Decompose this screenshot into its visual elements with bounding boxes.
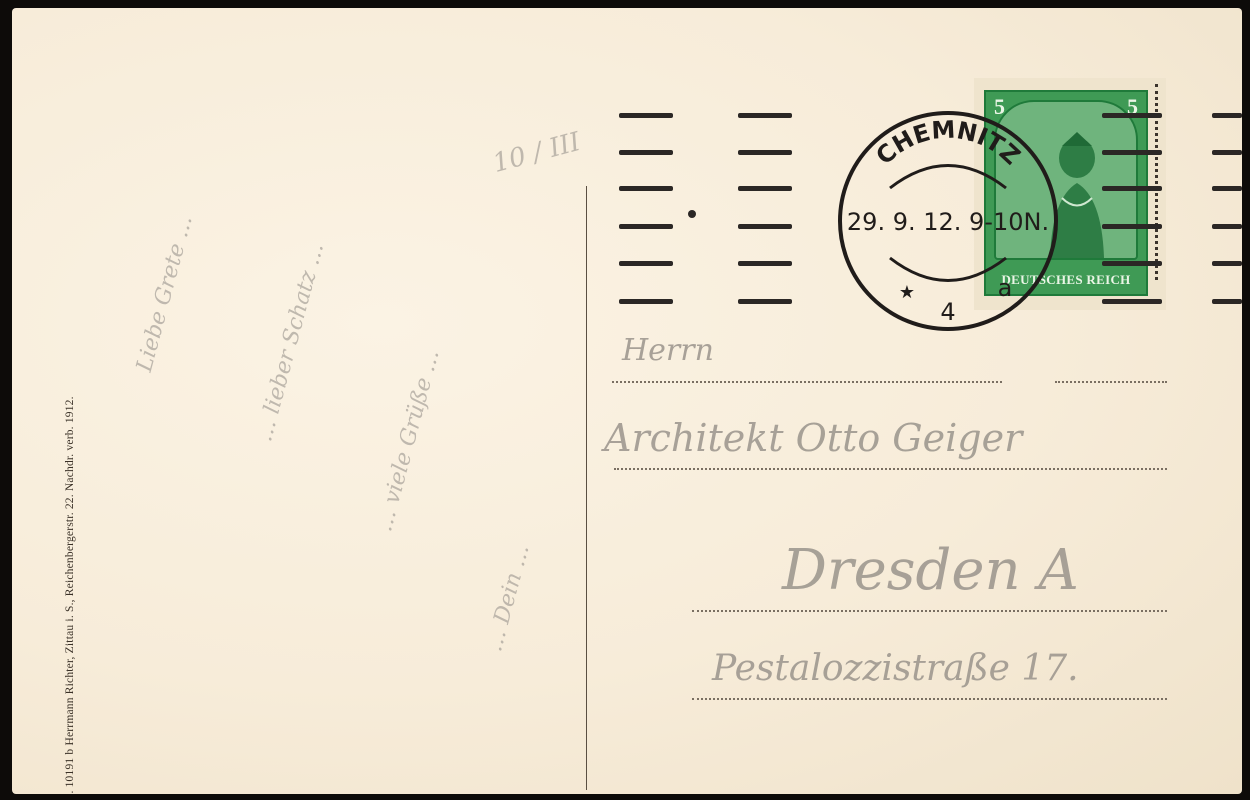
address-line-2 — [614, 468, 1167, 470]
message-line: Liebe Grete … — [132, 213, 198, 375]
address-street: Pestalozzistraße 17. — [712, 648, 1079, 689]
address-name: Architekt Otto Geiger — [604, 416, 1022, 460]
center-divider — [586, 186, 587, 790]
date-note: 10 / III — [490, 127, 584, 179]
postmark: CHEMNITZ 29. 9. 12. 9-10N. ★ 4 a — [835, 108, 1061, 334]
postmark-city: CHEMNITZ — [870, 116, 1025, 171]
address-line-4 — [692, 698, 1167, 700]
address-city: Dresden A — [782, 538, 1079, 603]
message-line: … viele Grüße … — [372, 347, 445, 535]
publisher-imprint: No. 10191 b Herrmann Richter, Zittau i. … — [64, 88, 76, 794]
postmark-letter: a — [998, 274, 1013, 302]
message-line: … Dein … — [482, 542, 535, 655]
address-line-1b — [1055, 381, 1167, 383]
address-line-3 — [692, 610, 1167, 612]
address-line-1 — [612, 381, 1002, 383]
postmark-office-number: 4 — [940, 298, 955, 326]
postmark-date: 29. 9. 12. 9-10N. — [847, 208, 1049, 236]
postcard-back: No. 10191 b Herrmann Richter, Zittau i. … — [12, 8, 1242, 794]
address-salutation: Herrn — [622, 333, 714, 368]
message-line: … lieber Schatz … — [252, 240, 329, 444]
svg-text:CHEMNITZ: CHEMNITZ — [870, 116, 1025, 171]
postmark-star: ★ — [899, 282, 915, 303]
